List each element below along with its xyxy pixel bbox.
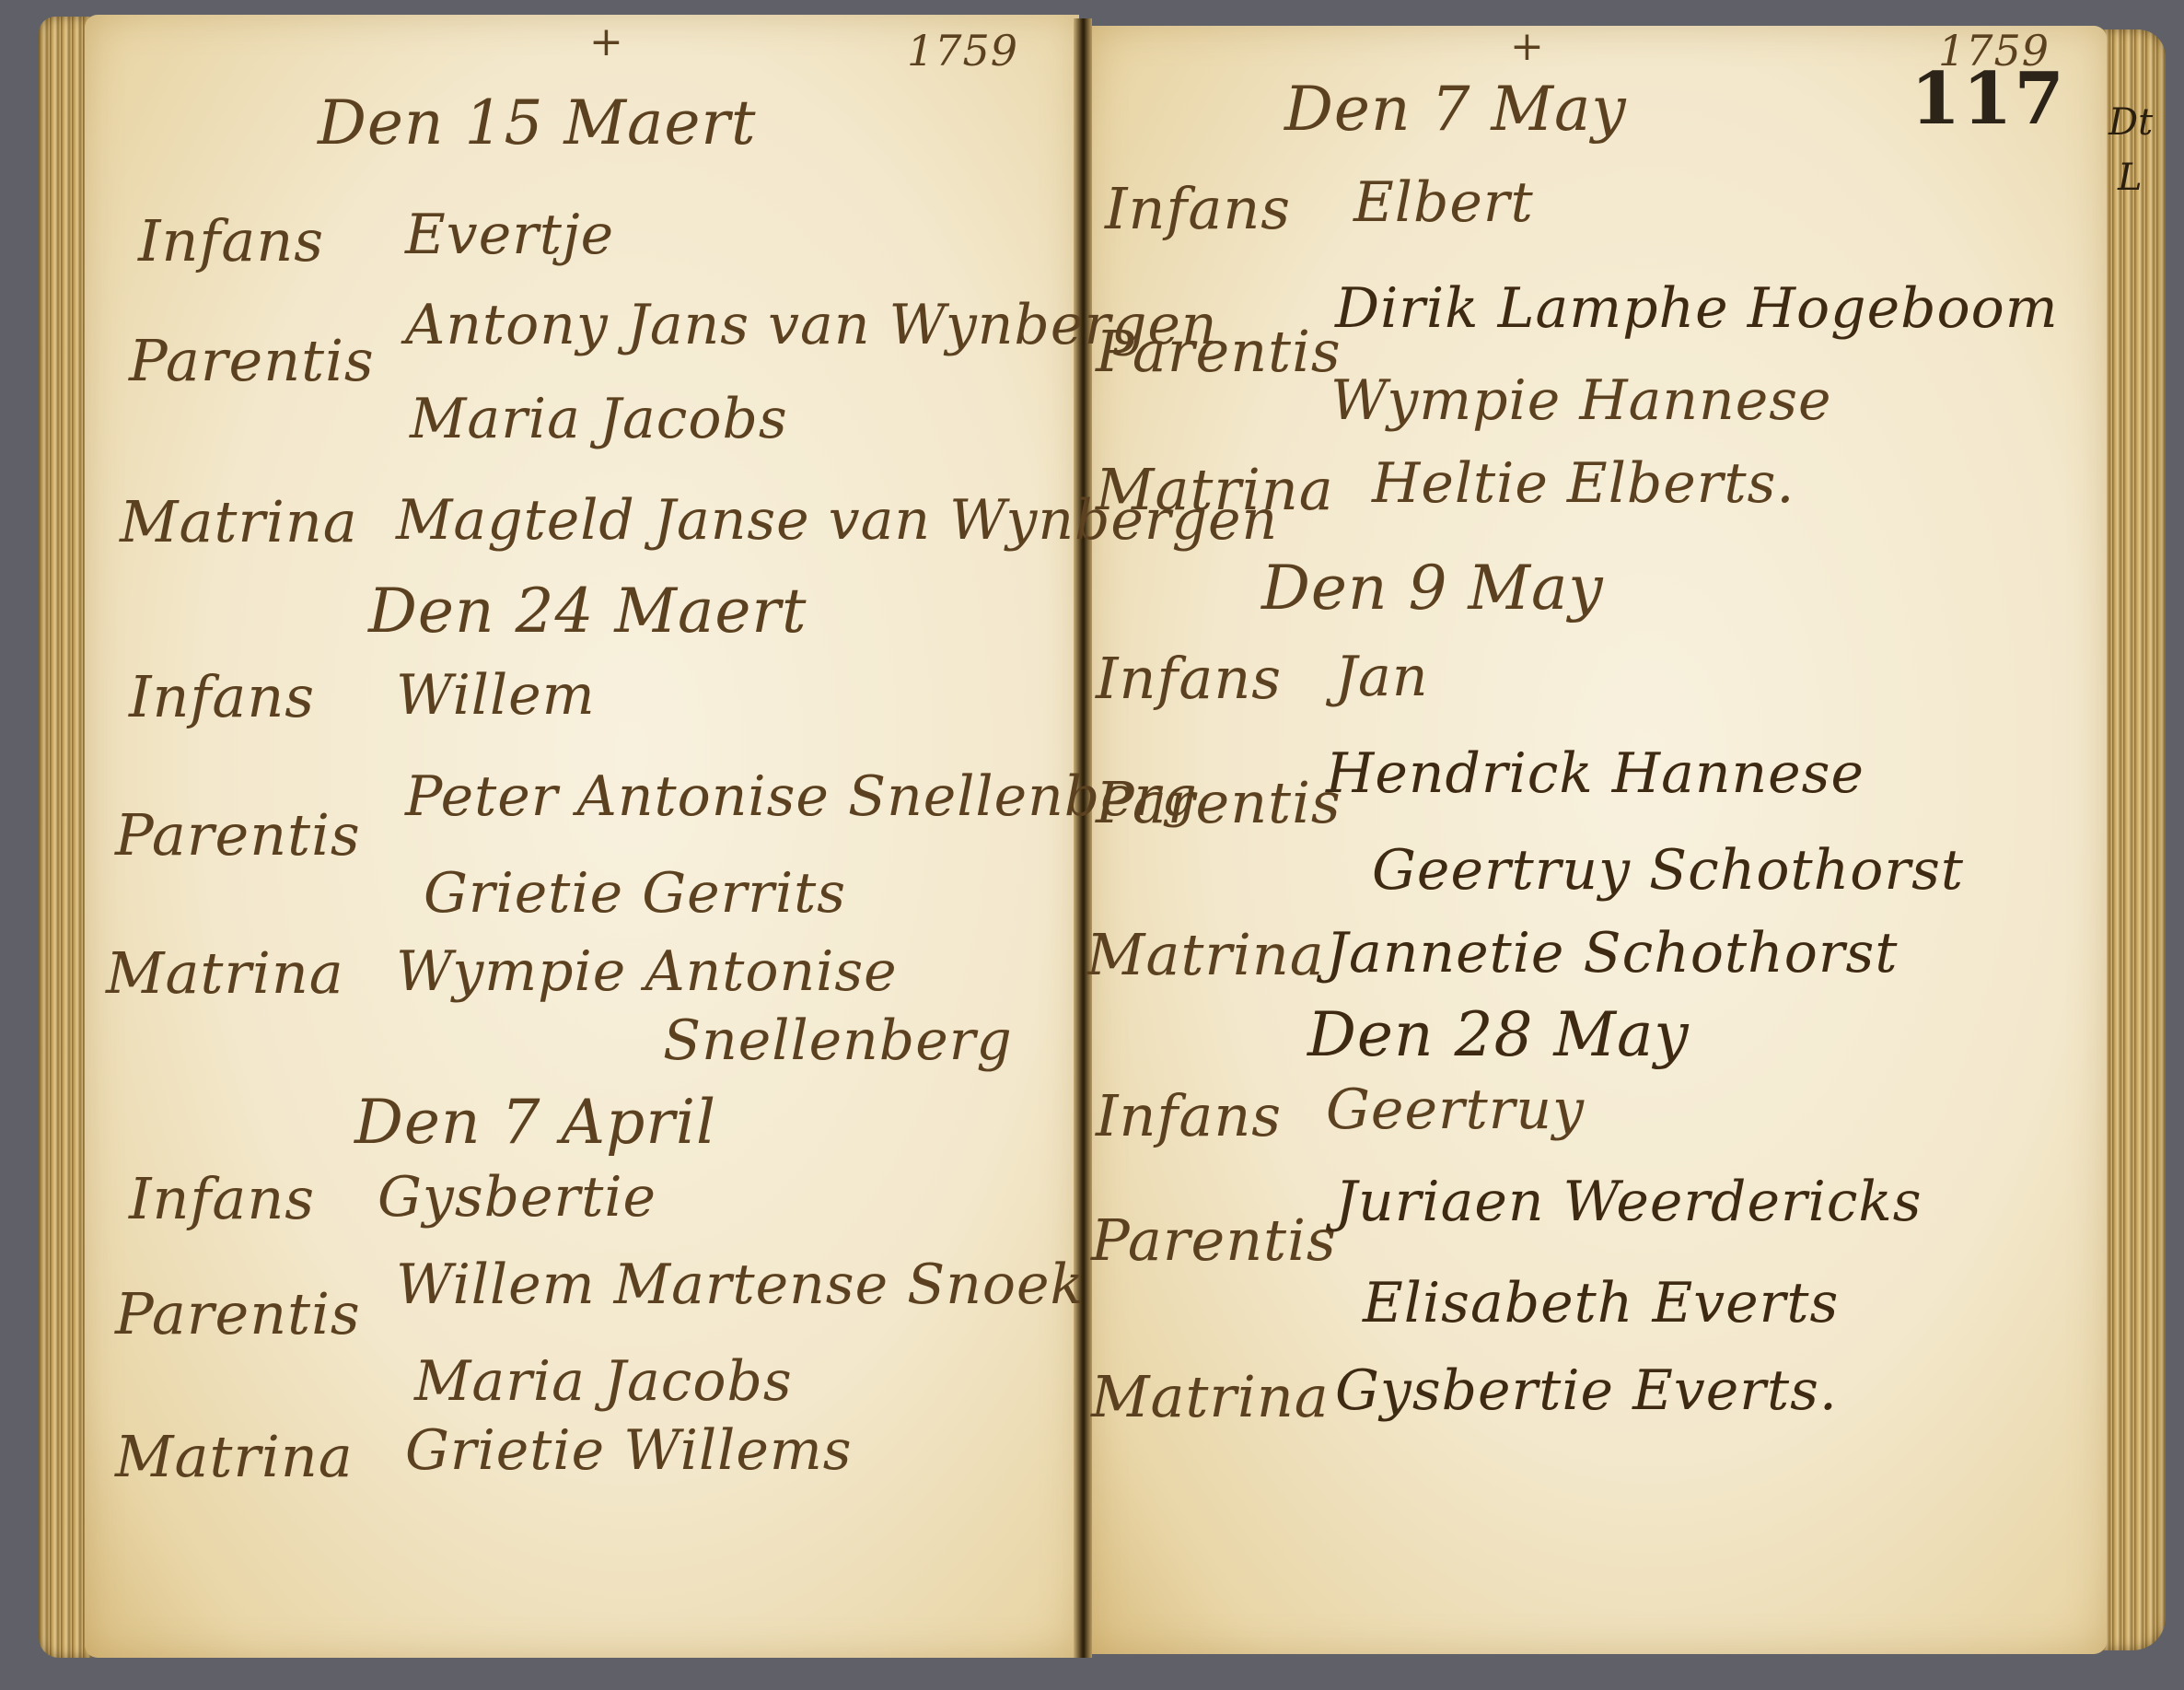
infans-name: Elbert — [1353, 170, 1534, 235]
cross-mark: + — [1510, 23, 1545, 70]
matrina-label: Matrina — [106, 939, 344, 1007]
infans-label: Infans — [1096, 1082, 1282, 1149]
matrina-name: Heltie Elberts. — [1372, 451, 1795, 516]
mother-name: Elisabeth Everts — [1363, 1271, 1839, 1335]
mother-name: Maria Jacobs — [414, 1349, 793, 1414]
parentes-label: Parentis — [129, 327, 375, 394]
infans-name: Evertje — [405, 203, 614, 267]
infans-label: Infans — [138, 207, 324, 274]
entry-date: Den 7 April — [354, 1087, 716, 1158]
father-name: Juriaen Weerdericks — [1335, 1170, 1923, 1234]
matrina-name: Jannetie Schothorst — [1326, 921, 1898, 985]
parentes-label: Parentis — [1096, 318, 1342, 385]
entry-date: Den 7 May — [1284, 74, 1627, 145]
infans-label: Infans — [1105, 175, 1291, 242]
mother-name: Maria Jacobs — [410, 387, 788, 451]
matrina-label: Matrina — [1096, 456, 1334, 523]
edge-mark: Dt — [2108, 101, 2153, 144]
open-register-book: + 1759 Den 15 Maert Infans Evertje Paren… — [0, 0, 2184, 1690]
infans-name: Jan — [1335, 645, 1428, 709]
infans-name: Geertruy — [1326, 1078, 1585, 1142]
infans-label: Infans — [129, 663, 315, 730]
parentes-label: Parentis — [1091, 1206, 1337, 1274]
page-year: 1759 — [907, 26, 1018, 76]
mother-name: Grietie Gerrits — [424, 861, 846, 926]
infans-name: Willem — [396, 663, 596, 728]
matrina-label: Matrina — [1091, 1363, 1330, 1430]
mother-name: Wympie Hannese — [1330, 368, 1832, 433]
right-page-edges — [2101, 29, 2166, 1650]
edge-mark: L — [2118, 157, 2143, 199]
parentes-label: Parentis — [1096, 769, 1342, 836]
matrina-name: Wympie Antonise — [396, 939, 898, 1004]
matrina-name-continued: Snellenberg — [663, 1008, 1013, 1073]
parentes-label: Parentis — [115, 1280, 361, 1347]
father-name: Willem Martense Snoek — [396, 1253, 1085, 1317]
mother-name: Geertruy Schothorst — [1372, 838, 1964, 903]
parentes-label: Parentis — [115, 801, 361, 868]
matrina-name: Grietie Willems — [405, 1418, 853, 1483]
book-gutter — [1074, 18, 1092, 1658]
cross-mark: + — [589, 18, 624, 65]
father-name: Dirik Lamphe Hogeboom — [1335, 276, 2059, 341]
entry-date: Den 9 May — [1261, 553, 1604, 624]
entry-date: Den 24 Maert — [368, 576, 807, 647]
matrina-label: Matrina — [1086, 921, 1325, 988]
infans-name: Gysbertie — [378, 1165, 656, 1230]
folio-number: 117 — [1911, 57, 2066, 141]
matrina-label: Matrina — [120, 488, 358, 555]
matrina-name: Gysbertie Everts. — [1335, 1358, 1838, 1423]
father-name: Hendrick Hannese — [1326, 741, 1865, 806]
father-name: Peter Antonise Snellenberg — [405, 764, 1198, 829]
entry-date: Den 15 Maert — [318, 87, 756, 158]
infans-label: Infans — [129, 1165, 315, 1232]
matrina-label: Matrina — [115, 1423, 354, 1490]
infans-label: Infans — [1096, 645, 1282, 712]
entry-date: Den 28 May — [1307, 999, 1690, 1070]
